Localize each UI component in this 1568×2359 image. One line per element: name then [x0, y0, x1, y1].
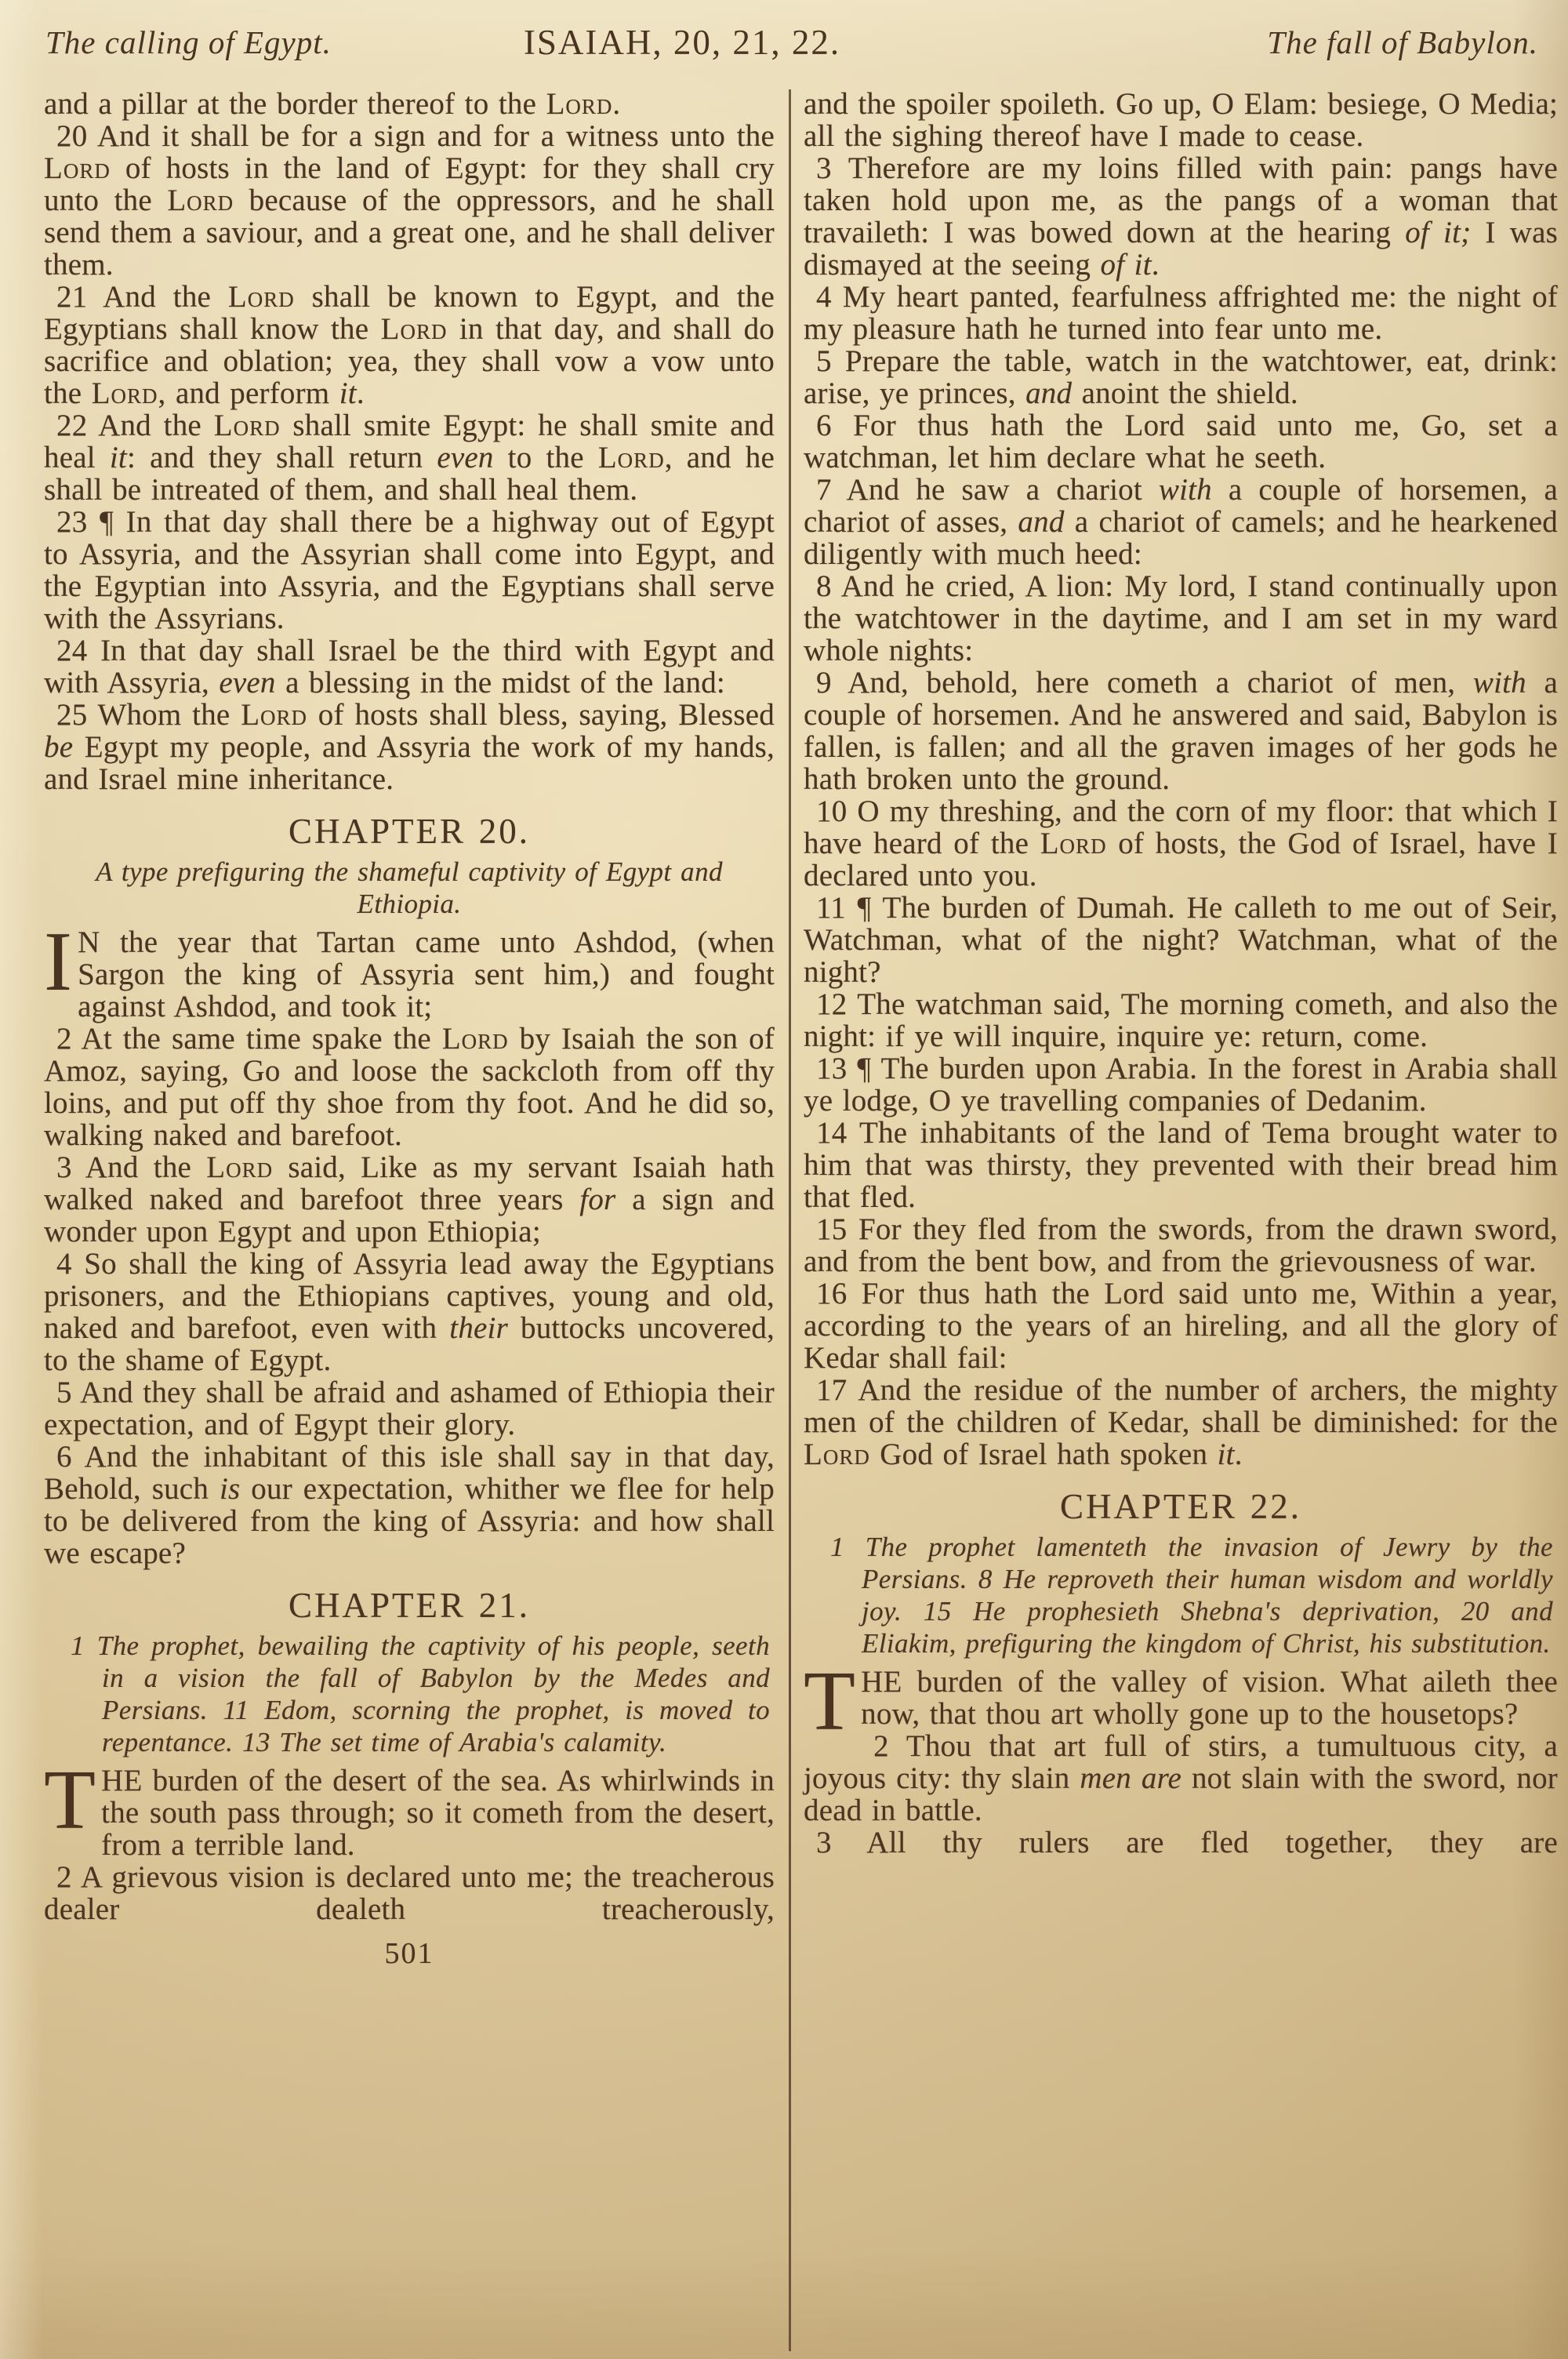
verse-paragraph-opening: THE burden of the desert of the sea. As …	[44, 1765, 775, 1861]
verse-paragraph: 2 Thou that art full of stirs, a tumultu…	[804, 1730, 1558, 1826]
verse-continuation: and the spoiler spoileth. Go up, O Elam:…	[804, 88, 1558, 152]
verse-paragraph-opening: THE burden of the valley of vision. What…	[804, 1666, 1558, 1730]
verse-paragraph: 14 The inhabitants of the land of Tema b…	[804, 1117, 1558, 1213]
two-column-text: and a pillar at the border thereof to th…	[0, 88, 1568, 2351]
verse-paragraph: 2 A grievous vision is declared unto me;…	[44, 1861, 775, 1925]
left-column: and a pillar at the border thereof to th…	[44, 88, 775, 2351]
drop-cap: T	[44, 1765, 101, 1834]
verse-paragraph: 23 ¶ In that day shall there be a highwa…	[44, 506, 775, 634]
running-head-right: The fall of Babylon.	[1267, 24, 1538, 61]
verse-paragraph: 6 And the inhabitant of this isle shall …	[44, 1441, 775, 1569]
scanned-bible-page: The calling of Egypt. ISAIAH, 20, 21, 22…	[0, 0, 1568, 2359]
verse-paragraph: 5 And they shall be afraid and ashamed o…	[44, 1376, 775, 1441]
verse-paragraph: 3 And the Lord said, Like as my servant …	[44, 1151, 775, 1248]
drop-cap: I	[44, 926, 78, 995]
verse-text: N the year that Tartan came unto Ashdod,…	[78, 925, 775, 1023]
verse-paragraph-opening: IN the year that Tartan came unto Ashdod…	[44, 926, 775, 1023]
verse-paragraph: 8 And he cried, A lion: My lord, I stand…	[804, 570, 1558, 667]
chapter-heading: CHAPTER 22.	[804, 1491, 1558, 1523]
chapter-summary: A type prefiguring the shameful captivit…	[52, 856, 767, 920]
chapter-summary: 1 The prophet lamenteth the invasion of …	[804, 1531, 1558, 1659]
verse-paragraph: 13 ¶ The burden upon Arabia. In the fore…	[804, 1052, 1558, 1117]
verse-paragraph: 17 And the residue of the number of arch…	[804, 1374, 1558, 1470]
verse-paragraph: 16 For thus hath the Lord said unto me, …	[804, 1278, 1558, 1374]
verse-text: HE burden of the desert of the sea. As w…	[101, 1764, 775, 1862]
verse-paragraph: 24 In that day shall Israel be the third…	[44, 634, 775, 699]
verse-paragraph: 25 Whom the Lord of hosts shall bless, s…	[44, 699, 775, 795]
verse-paragraph: 21 And the Lord shall be known to Egypt,…	[44, 281, 775, 409]
verse-paragraph: 3 Therefore are my loins filled with pai…	[804, 152, 1558, 281]
verse-paragraph: 9 And, behold, here cometh a chariot of …	[804, 667, 1558, 795]
verse-paragraph: 7 And he saw a chariot with a couple of …	[804, 474, 1558, 570]
column-divider-rule	[789, 89, 791, 2351]
verse-paragraph: 6 For thus hath the Lord said unto me, G…	[804, 409, 1558, 474]
running-head-left: The calling of Egypt.	[45, 24, 332, 61]
verse-continuation: and a pillar at the border thereof to th…	[44, 88, 775, 120]
verse-paragraph: 5 Prepare the table, watch in the watcht…	[804, 345, 1558, 409]
chapter-heading: CHAPTER 21.	[44, 1590, 775, 1622]
running-head: The calling of Egypt. ISAIAH, 20, 21, 22…	[0, 19, 1568, 69]
verse-paragraph: 3 All thy rulers are fled together, they…	[804, 1826, 1558, 1859]
right-column: and the spoiler spoileth. Go up, O Elam:…	[804, 88, 1558, 2351]
verse-paragraph: 4 So shall the king of Assyria lead away…	[44, 1248, 775, 1376]
book-chapter-title: ISAIAH, 20, 21, 22.	[439, 22, 925, 63]
verse-paragraph: 20 And it shall be for a sign and for a …	[44, 120, 775, 281]
verse-paragraph: 11 ¶ The burden of Dumah. He calleth to …	[804, 892, 1558, 988]
verse-paragraph: 10 O my threshing, and the corn of my fl…	[804, 795, 1558, 892]
verse-paragraph: 15 For they fled from the swords, from t…	[804, 1213, 1558, 1278]
verse-paragraph: 12 The watchman said, The morning cometh…	[804, 988, 1558, 1052]
verse-paragraph: 22 And the Lord shall smite Egypt: he sh…	[44, 409, 775, 506]
verse-paragraph: 2 At the same time spake the Lord by Isa…	[44, 1023, 775, 1151]
chapter-summary: 1 The prophet, bewailing the captivity o…	[44, 1630, 775, 1758]
page-number: 501	[44, 1938, 775, 1970]
verse-text: HE burden of the valley of vision. What …	[861, 1665, 1558, 1731]
verse-paragraph: 4 My heart panted, fearfulness affrighte…	[804, 281, 1558, 345]
chapter-heading: CHAPTER 20.	[44, 816, 775, 848]
drop-cap: T	[804, 1666, 861, 1735]
